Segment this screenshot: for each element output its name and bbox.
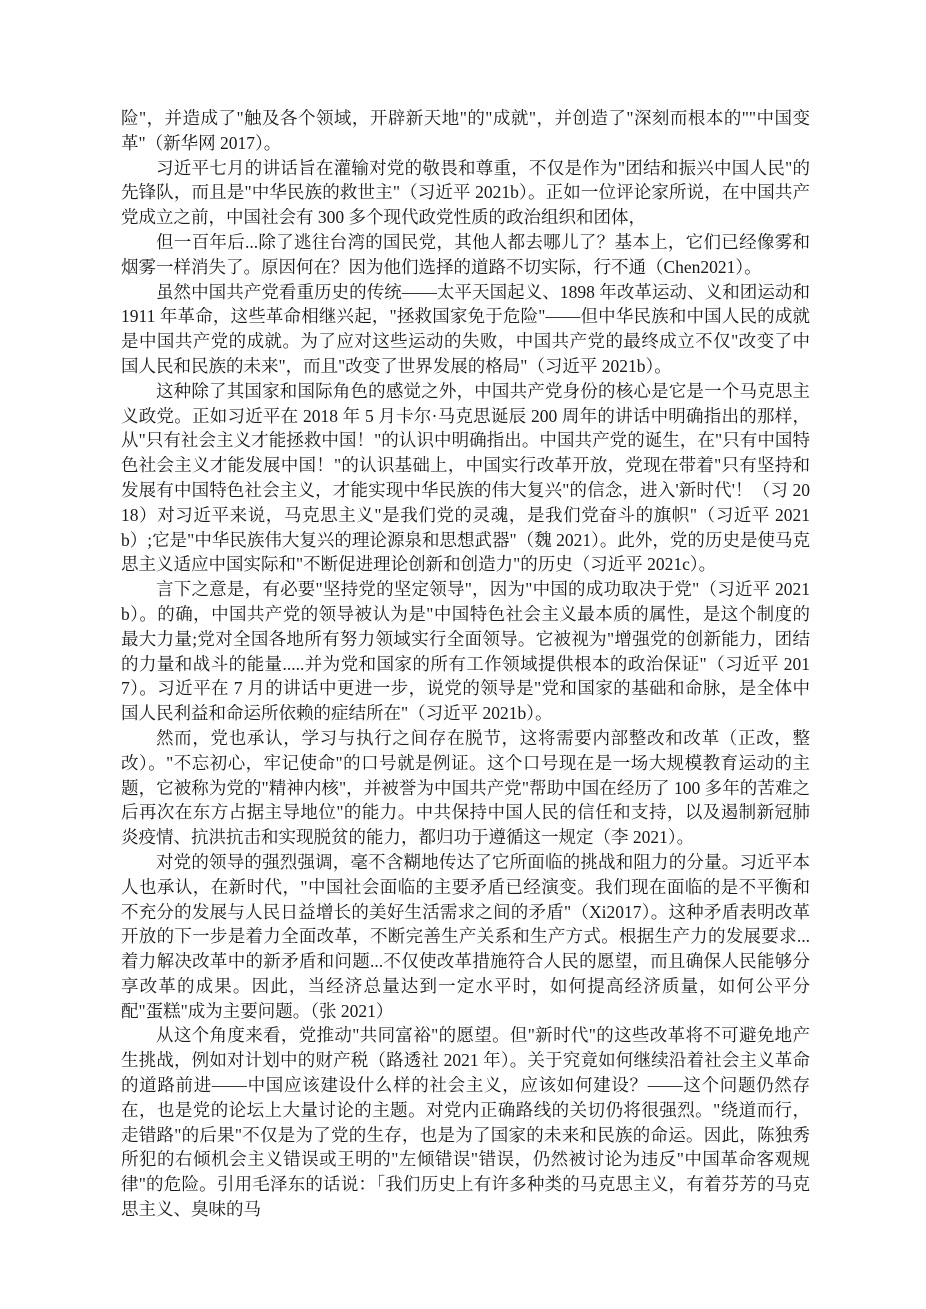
paragraph: 但一百年后...除了逃往台湾的国民党，其他人都去哪儿了？基本上，它们已经像雾和烟… [121, 230, 810, 280]
paragraph: 对党的领导的强烈强调，毫不含糊地传达了它所面临的挑战和阻力的分量。习近平本人也承… [121, 850, 810, 1024]
paragraph: 习近平七月的讲话旨在灌输对党的敬畏和尊重，不仅是作为"团结和振兴中国人民"的先锋… [121, 156, 810, 230]
paragraph-continuation: 险"，并造成了"触及各个领域，开辟新天地"的"成就"，并创造了"深刻而根本的""… [121, 106, 810, 156]
paragraph: 言下之意是，有必要"坚持党的坚定领导"，因为"中国的成功取决于党"（习近平 20… [121, 577, 810, 726]
paragraph: 虽然中国共产党看重历史的传统——太平天国起义、1898 年改革运动、义和团运动和… [121, 280, 810, 379]
document-page: 险"，并造成了"触及各个领域，开辟新天地"的"成就"，并创造了"深刻而根本的""… [0, 0, 926, 1309]
paragraph: 这种除了其国家和国际角色的感觉之外，中国共产党身份的核心是它是一个马克思主义政党… [121, 379, 810, 577]
paragraph: 然而，党也承认，学习与执行之间存在脱节，这将需要内部整改和改革（正改，整改）。"… [121, 726, 810, 850]
paragraph: 从这个角度来看，党推动"共同富裕"的愿望。但"新时代"的这些改革将不可避免地产生… [121, 1023, 810, 1221]
